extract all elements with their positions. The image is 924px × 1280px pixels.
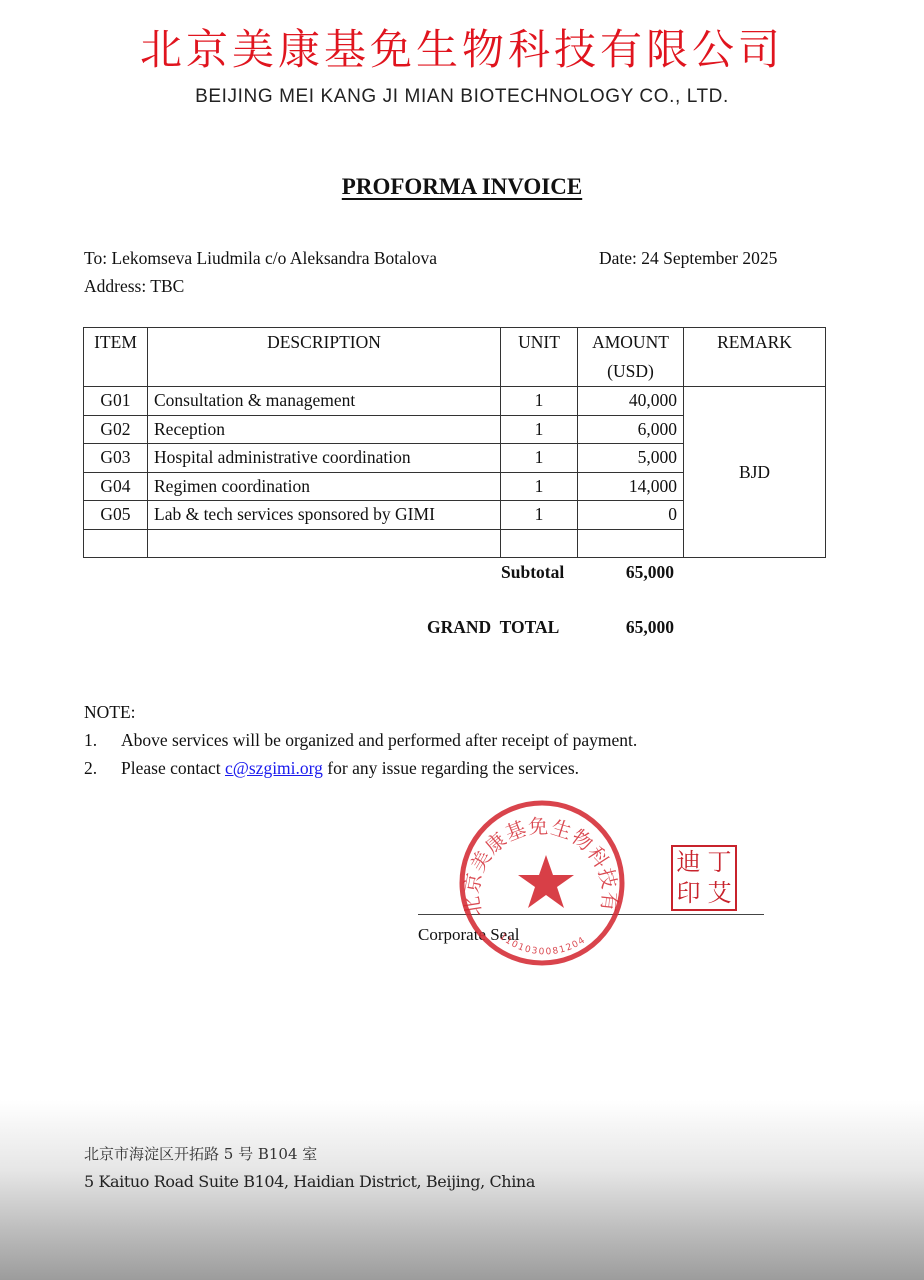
footer-address-chinese: 北京市海淀区开拓路 5 号 B104 室 [84,1143,317,1164]
note-heading: NOTE: [84,702,136,723]
company-name-chinese: 北京美康基免生物科技有限公司 [0,22,924,78]
column-header-remark: REMARK [684,328,826,387]
cell-description: Lab & tech services sponsored by GIMI [148,501,501,530]
table-header-row: ITEM DESCRIPTION UNIT AMOUNT (USD) REMAR… [84,328,826,387]
column-header-description: DESCRIPTION [148,328,501,387]
note-item-1: 1.Above services will be organized and p… [84,730,637,751]
cell-item [84,529,148,558]
cell-amount: 6,000 [578,415,684,444]
grand-total-value: 65,000 [574,617,674,638]
cell-item: G01 [84,387,148,416]
invoice-items-table: ITEM DESCRIPTION UNIT AMOUNT (USD) REMAR… [83,327,826,558]
note-text-after: for any issue regarding the services. [323,758,579,778]
recipient: To: Lekomseva Liudmila c/o Aleksandra Bo… [84,248,437,269]
cell-description [148,529,501,558]
column-header-unit: UNIT [501,328,578,387]
amount-header-line1: AMOUNT [584,328,677,357]
cell-unit [501,529,578,558]
note-text: Above services will be organized and per… [121,730,637,750]
cell-description: Hospital administrative coordination [148,444,501,473]
subtotal-value: 65,000 [574,562,674,583]
invoice-date: Date: 24 September 2025 [599,248,777,269]
cell-unit: 1 [501,472,578,501]
cell-remark: BJD [684,387,826,558]
table-row: G01Consultation & management140,000BJD [84,387,826,416]
grand-total-label: GRAND TOTAL [427,617,559,638]
footer-address-english: 5 Kaituo Road Suite B104, Haidian Distri… [84,1172,535,1191]
cell-amount [578,529,684,558]
cell-description: Regimen coordination [148,472,501,501]
cell-unit: 1 [501,387,578,416]
cell-amount: 5,000 [578,444,684,473]
personal-seal-character: 丁 [704,847,735,878]
note-number: 2. [84,758,121,779]
document-title: PROFORMA INVOICE [0,174,924,200]
cell-item: G03 [84,444,148,473]
note-item-2: 2.Please contact c@szgimi.org for any is… [84,758,579,779]
column-header-item: ITEM [84,328,148,387]
subtotal-label: Subtotal [501,562,564,583]
company-name-english: BEIJING MEI KANG JI MIAN BIOTECHNOLOGY C… [0,86,924,108]
cell-description: Reception [148,415,501,444]
cell-unit: 1 [501,501,578,530]
personal-seal-character: 迪 [673,847,704,878]
cell-unit: 1 [501,415,578,444]
note-text-before: Please contact [121,758,225,778]
recipient-address: Address: TBC [84,276,184,297]
personal-seal-character: 艾 [704,878,735,909]
amount-header-line2: (USD) [584,357,677,386]
cell-unit: 1 [501,444,578,473]
cell-amount: 40,000 [578,387,684,416]
contact-email-link[interactable]: c@szgimi.org [225,758,323,778]
column-header-amount: AMOUNT (USD) [578,328,684,387]
personal-seal-character: 印 [673,878,704,909]
cell-description: Consultation & management [148,387,501,416]
cell-item: G02 [84,415,148,444]
note-number: 1. [84,730,121,751]
corporate-seal-stamp-icon: 北京美康基免生物科技有限公司 1101030081204 [452,795,632,970]
cell-amount: 14,000 [578,472,684,501]
cell-amount: 0 [578,501,684,530]
personal-seal-stamp-icon: 迪丁印艾 [671,845,737,911]
cell-item: G04 [84,472,148,501]
cell-item: G05 [84,501,148,530]
